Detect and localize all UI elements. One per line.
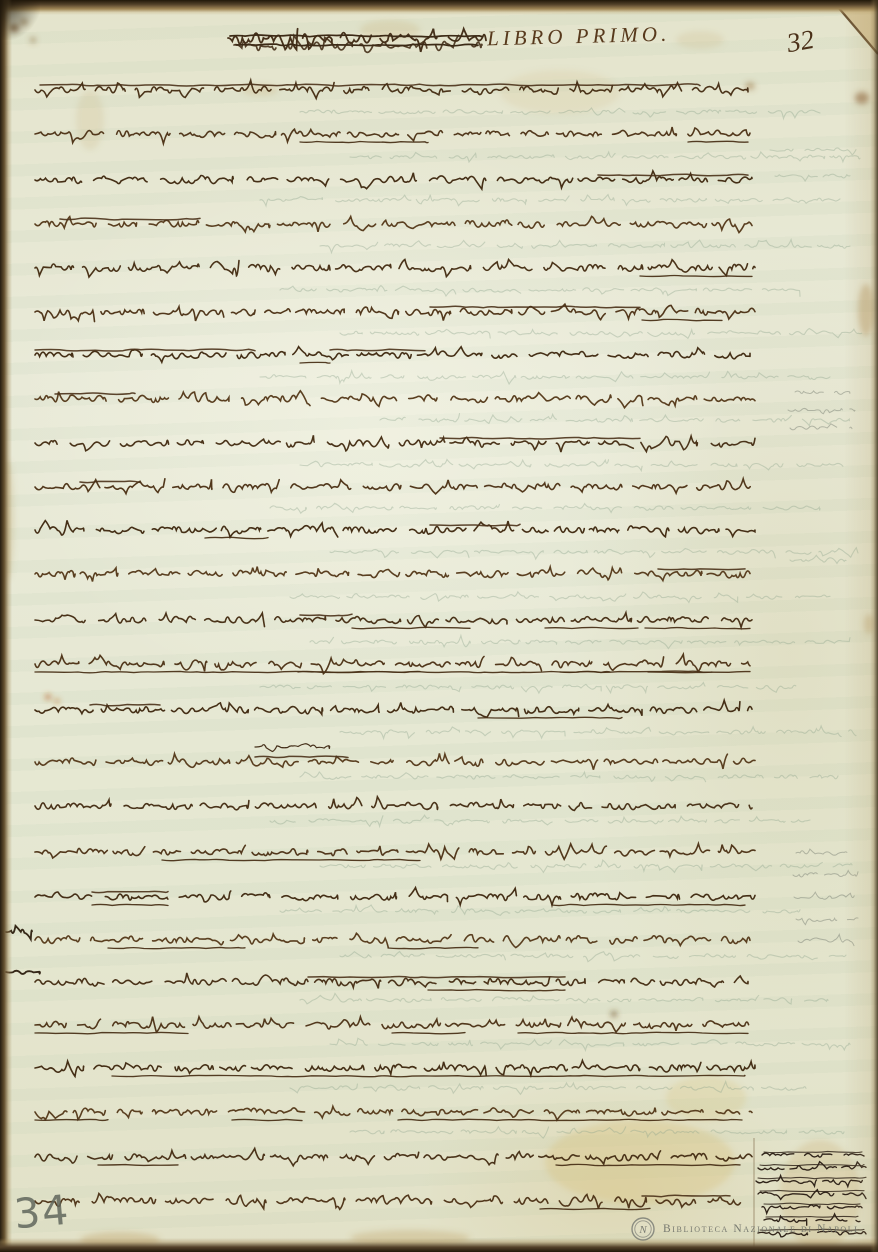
- svg-text:N: N: [638, 1224, 647, 1236]
- library-monogram-icon: N: [630, 1216, 656, 1242]
- handwriting-svg: [0, 0, 878, 1252]
- handwriting-lines-layer: [35, 29, 755, 1210]
- folds-creases-layer: [754, 0, 878, 1252]
- folio-number: 32: [785, 24, 817, 59]
- pencil-page-number: 34: [12, 1186, 72, 1239]
- page-title: LIBRO PRIMO.: [487, 22, 671, 52]
- library-stamp: N Biblioteca Nazionale di Napoli: [630, 1216, 859, 1242]
- library-stamp-text: Biblioteca Nazionale di Napoli: [663, 1223, 859, 1235]
- paper-stains-layer: [2, 19, 874, 1250]
- manuscript-page: LIBRO PRIMO. 32 34 N Biblioteca Nazional…: [0, 0, 878, 1252]
